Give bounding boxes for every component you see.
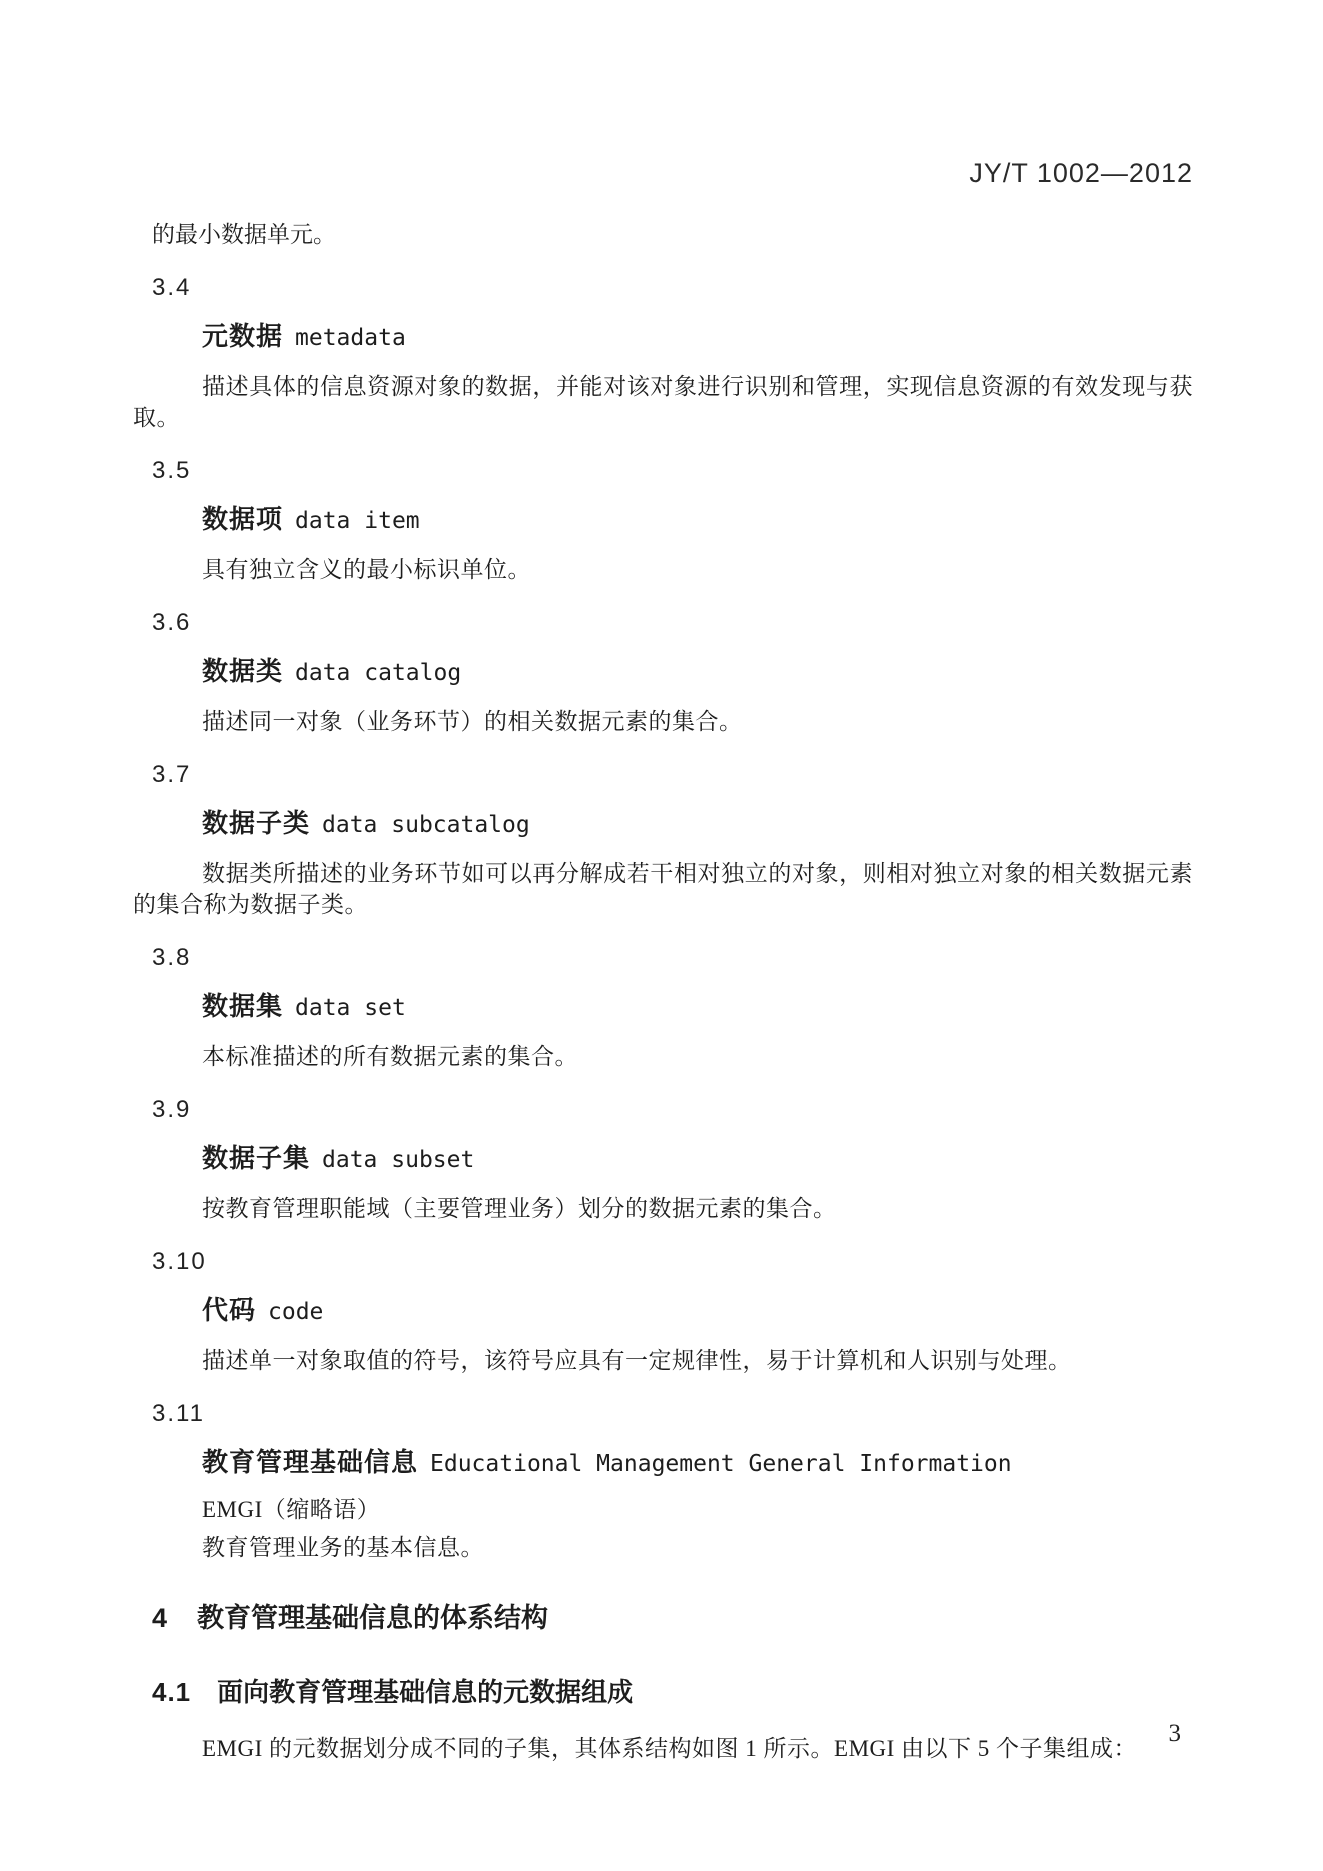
term-heading: 数据子集data subset bbox=[202, 1144, 1193, 1177]
term-zh: 数据项 bbox=[202, 504, 283, 534]
clause-number: 3.5 bbox=[152, 457, 1193, 485]
term-definition: 本标准描述的所有数据元素的集合。 bbox=[133, 1041, 1193, 1072]
term-en: code bbox=[268, 1299, 323, 1325]
term-abbreviation: EMGI（缩略语） bbox=[202, 1495, 1193, 1525]
section-4-1-heading: 4.1面向教育管理基础信息的元数据组成 bbox=[152, 1677, 1193, 1707]
term-section-3-6: 3.6 数据类data catalog 描述同一对象（业务环节）的相关数据元素的… bbox=[133, 609, 1193, 737]
term-en: metadata bbox=[295, 325, 406, 351]
term-heading: 数据子类data subcatalog bbox=[202, 809, 1193, 842]
term-en: data subcatalog bbox=[322, 812, 530, 838]
term-zh: 代码 bbox=[202, 1295, 256, 1325]
page-number: 3 bbox=[1169, 1720, 1182, 1748]
term-en: data catalog bbox=[295, 660, 461, 686]
term-section-3-8: 3.8 数据集data set 本标准描述的所有数据元素的集合。 bbox=[133, 944, 1193, 1072]
term-zh: 数据类 bbox=[202, 656, 283, 686]
clause-number: 3.6 bbox=[152, 609, 1193, 637]
term-section-3-7: 3.7 数据子类data subcatalog 数据类所描述的业务环节如可以再分… bbox=[133, 761, 1193, 920]
term-heading: 数据集data set bbox=[202, 992, 1193, 1025]
clause-number: 3.8 bbox=[152, 944, 1193, 972]
continuation-text: 的最小数据单元。 bbox=[152, 220, 1193, 250]
chapter-title: 教育管理基础信息的体系结构 bbox=[197, 1603, 548, 1633]
term-heading: 教育管理基础信息Educational Management General I… bbox=[202, 1448, 1193, 1481]
term-heading: 代码code bbox=[202, 1296, 1193, 1329]
clause-number: 3.10 bbox=[152, 1248, 1193, 1276]
term-en: data subset bbox=[322, 1147, 474, 1173]
term-zh: 数据集 bbox=[202, 991, 283, 1021]
term-definition: 描述同一对象（业务环节）的相关数据元素的集合。 bbox=[133, 706, 1193, 737]
term-zh: 数据子集 bbox=[202, 1143, 310, 1173]
term-section-3-5: 3.5 数据项data item 具有独立含义的最小标识单位。 bbox=[133, 457, 1193, 585]
chapter-4-heading: 4教育管理基础信息的体系结构 bbox=[152, 1603, 1193, 1633]
term-heading: 数据类data catalog bbox=[202, 657, 1193, 690]
clause-number: 3.9 bbox=[152, 1096, 1193, 1124]
term-definition: 按教育管理职能域（主要管理业务）划分的数据元素的集合。 bbox=[133, 1193, 1193, 1224]
term-heading: 数据项data item bbox=[202, 505, 1193, 538]
term-definition: 教育管理业务的基本信息。 bbox=[202, 1533, 1193, 1563]
clause-number: 3.4 bbox=[152, 274, 1193, 302]
document-page: JY/T 1002—2012 的最小数据单元。 3.4 元数据metadata … bbox=[0, 0, 1323, 1871]
clause-number: 3.7 bbox=[152, 761, 1193, 789]
term-zh: 教育管理基础信息 bbox=[202, 1447, 418, 1477]
term-section-3-11: 3.11 教育管理基础信息Educational Management Gene… bbox=[133, 1400, 1193, 1563]
term-section-3-9: 3.9 数据子集data subset 按教育管理职能域（主要管理业务）划分的数… bbox=[133, 1096, 1193, 1224]
section-title: 面向教育管理基础信息的元数据组成 bbox=[217, 1677, 633, 1707]
term-definition: 数据类所描述的业务环节如可以再分解成若干相对独立的对象，则相对独立对象的相关数据… bbox=[133, 858, 1193, 920]
term-section-3-4: 3.4 元数据metadata 描述具体的信息资源对象的数据，并能对该对象进行识… bbox=[133, 274, 1193, 433]
intro-paragraph: EMGI 的元数据划分成不同的子集，其体系结构如图 1 所示。EMGI 由以下 … bbox=[133, 1733, 1193, 1764]
term-en: data set bbox=[295, 995, 406, 1021]
term-zh: 数据子类 bbox=[202, 808, 310, 838]
term-heading: 元数据metadata bbox=[202, 322, 1193, 355]
term-en: Educational Management General Informati… bbox=[430, 1451, 1012, 1477]
term-definition: 具有独立含义的最小标识单位。 bbox=[133, 554, 1193, 585]
clause-number: 3.11 bbox=[152, 1400, 1193, 1428]
chapter-number: 4 bbox=[152, 1603, 167, 1633]
term-en: data item bbox=[295, 508, 420, 534]
term-definition: 描述单一对象取值的符号，该符号应具有一定规律性，易于计算机和人识别与处理。 bbox=[133, 1345, 1193, 1376]
term-section-3-10: 3.10 代码code 描述单一对象取值的符号，该符号应具有一定规律性，易于计算… bbox=[133, 1248, 1193, 1376]
term-zh: 元数据 bbox=[202, 321, 283, 351]
term-definition: 描述具体的信息资源对象的数据，并能对该对象进行识别和管理，实现信息资源的有效发现… bbox=[133, 371, 1193, 433]
standard-number-header: JY/T 1002—2012 bbox=[133, 158, 1193, 188]
section-number: 4.1 bbox=[152, 1677, 191, 1707]
